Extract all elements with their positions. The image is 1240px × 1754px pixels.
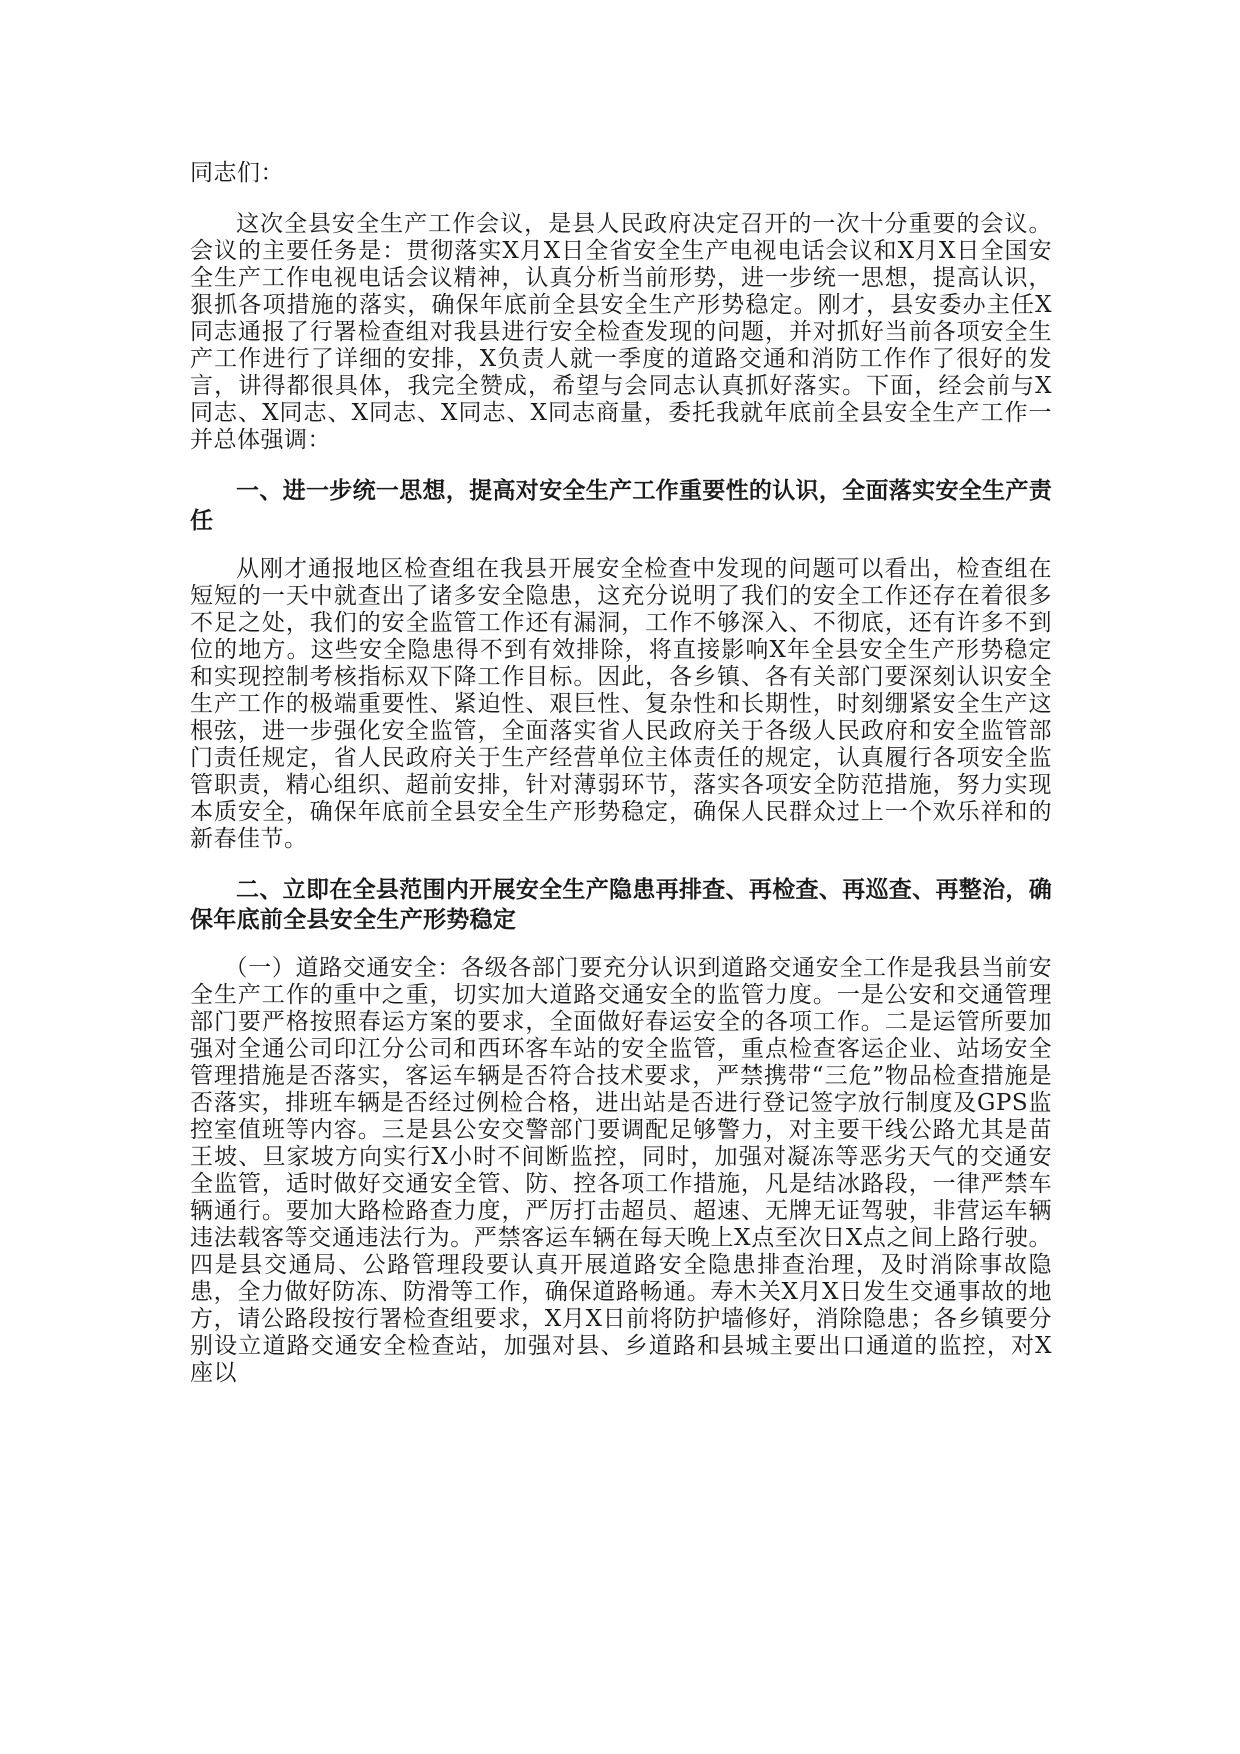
section1-paragraph: 从刚才通报地区检查组在我县开展安全检查中发现的问题可以看出，检查组在短短的一天中… <box>190 556 1052 853</box>
document-page: 同志们： 这次全县安全生产工作会议，是县人民政府决定召开的一次十分重要的会议。会… <box>190 160 1052 1387</box>
intro-paragraph: 这次全县安全生产工作会议，是县人民政府决定召开的一次十分重要的会议。会议的主要任… <box>190 211 1052 454</box>
section-heading-1: 一、进一步统一思想，提高对安全生产工作重要性的认识，全面落实安全生产责任 <box>190 476 1052 536</box>
section-heading-2: 二、立即在全县范围内开展安全生产隐患再排查、再检查、再巡查、再整治，确保年底前全… <box>190 875 1052 935</box>
salutation: 同志们： <box>190 160 1052 187</box>
section2-subsection-1-paragraph: （一）道路交通安全：各级各部门要充分认识到道路交通安全工作是我县当前安全生产工作… <box>190 955 1052 1387</box>
